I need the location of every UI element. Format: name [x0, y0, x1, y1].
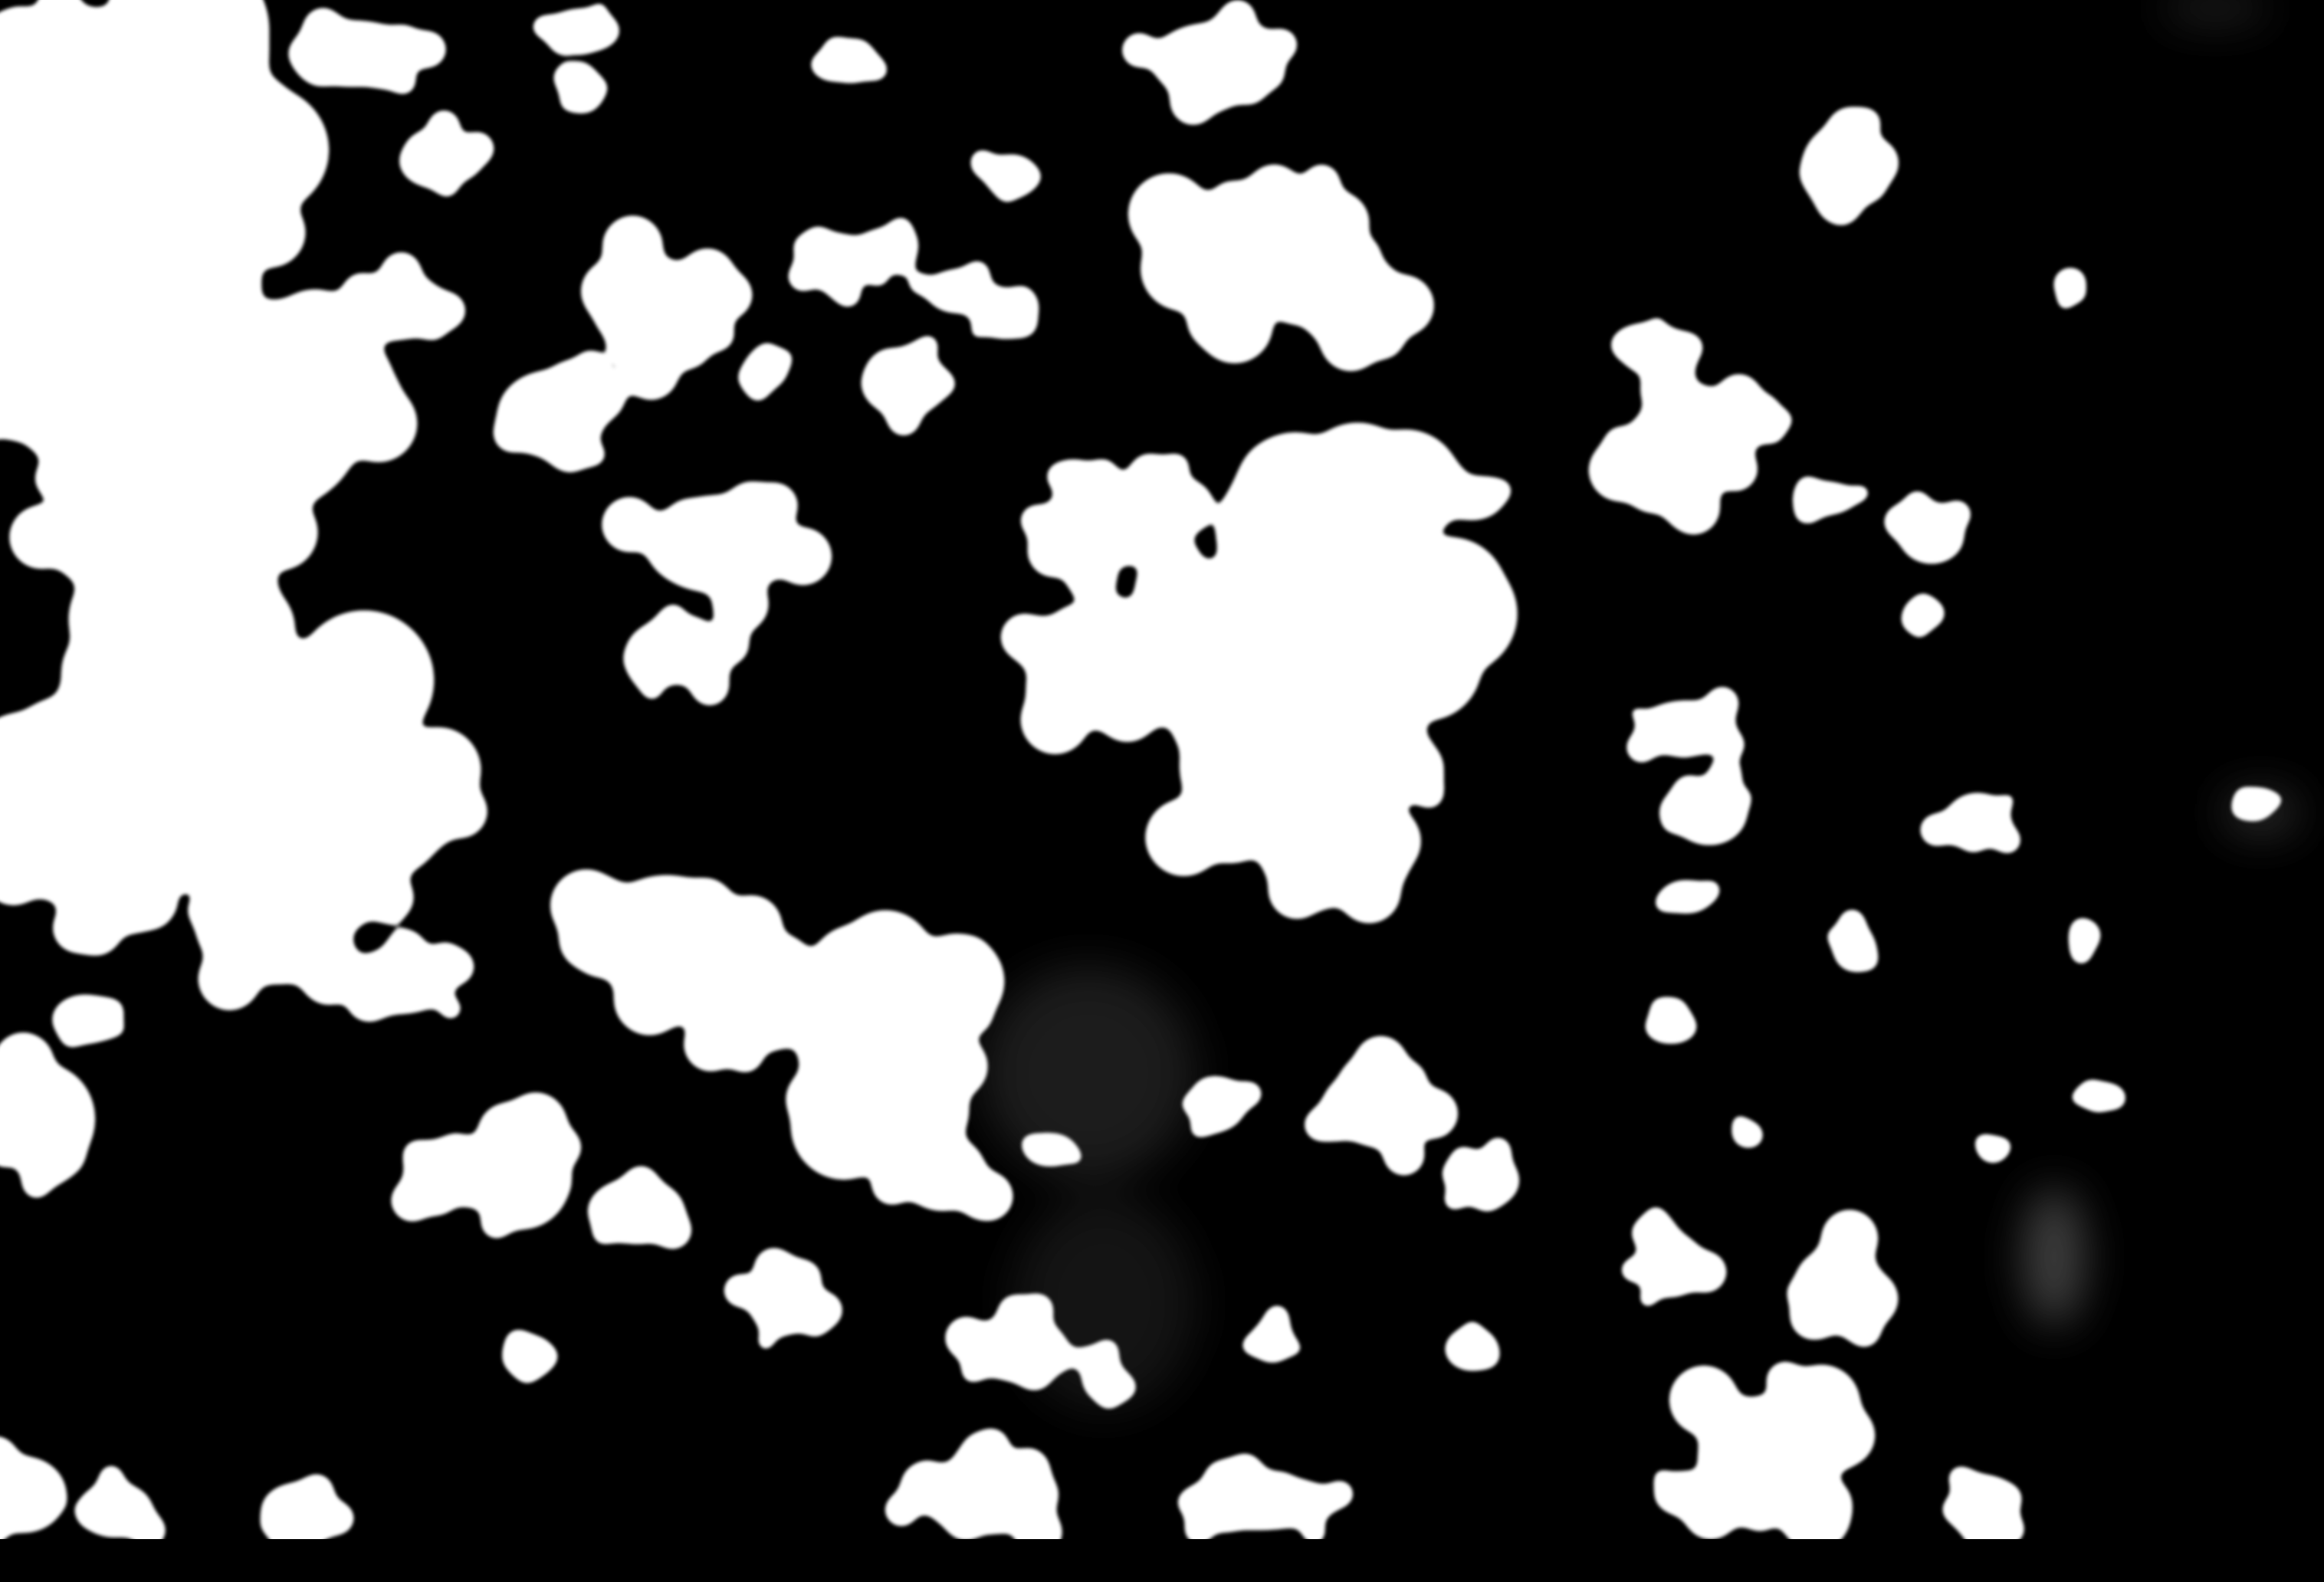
cloud-imagery: [0, 0, 2324, 1582]
bottom-band: [0, 1539, 2324, 1582]
